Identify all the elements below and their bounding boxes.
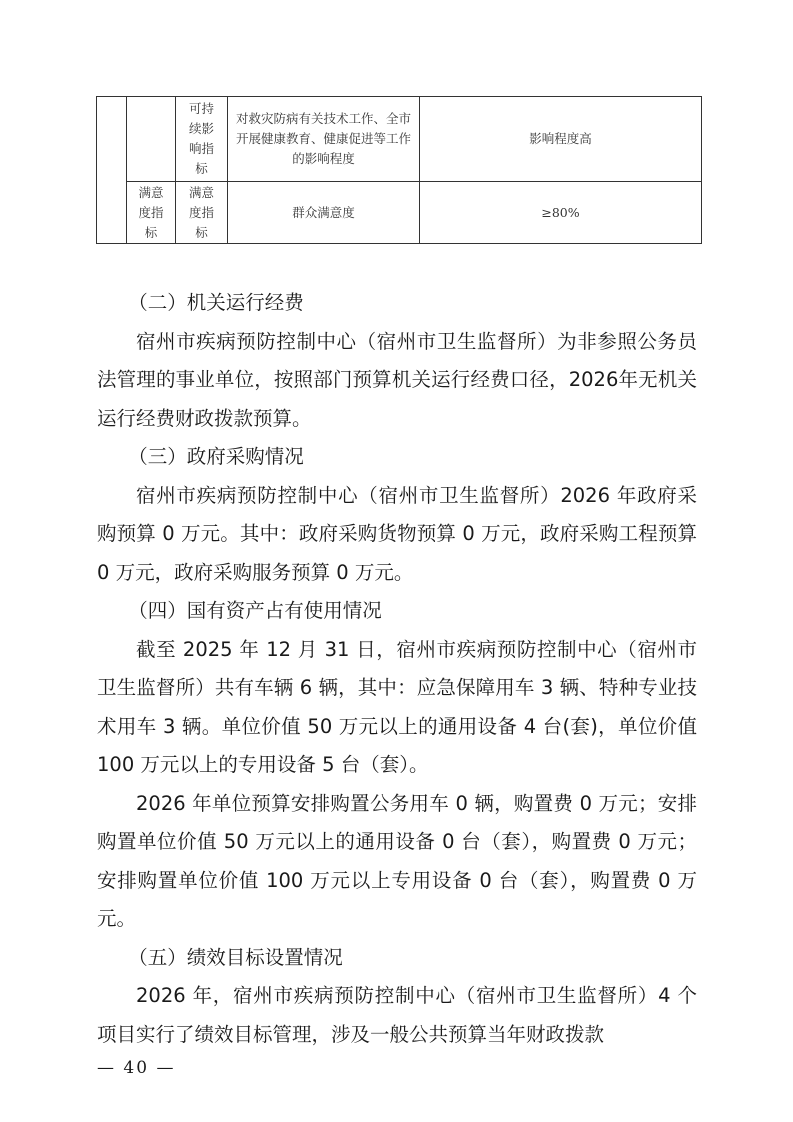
table-cell-target: ≥80% <box>420 182 702 244</box>
paragraph: 2026 年单位预算安排购置公务用车 0 辆，购置费 0 万元；安排购置单位价值… <box>97 785 697 939</box>
table-cell-indicator: 对救灾防病有关技术工作、全市开展健康教育、健康促进等工作的影响程度 <box>228 97 420 182</box>
paragraph: 截至 2025 年 12 月 31 日，宿州市疾病预防控制中心（宿州市卫生监督所… <box>97 631 697 785</box>
table-cell-target: 影响程度高 <box>420 97 702 182</box>
table-row: 可持续影响指标 对救灾防病有关技术工作、全市开展健康教育、健康促进等工作的影响程… <box>97 97 702 182</box>
section-heading-2: （二）机关运行经费 <box>97 284 697 323</box>
section-heading-5: （五）绩效目标设置情况 <box>97 939 697 978</box>
performance-indicator-table: 可持续影响指标 对救灾防病有关技术工作、全市开展健康教育、健康促进等工作的影响程… <box>96 96 702 244</box>
table-cell-indicator: 群众满意度 <box>228 182 420 244</box>
table-cell-level1 <box>97 97 127 244</box>
paragraph: 2026 年，宿州市疾病预防控制中心（宿州市卫生监督所）4 个项目实行了绩效目标… <box>97 977 697 1054</box>
paragraph: 宿州市疾病预防控制中心（宿州市卫生监督所）2026 年政府采购预算 0 万元。其… <box>97 477 697 593</box>
paragraph: 宿州市疾病预防控制中心（宿州市卫生监督所）为非参照公务员法管理的事业单位，按照部… <box>97 323 697 439</box>
body-text: （二）机关运行经费 宿州市疾病预防控制中心（宿州市卫生监督所）为非参照公务员法管… <box>97 284 697 1054</box>
table-cell-level3: 可持续影响指标 <box>176 97 228 182</box>
page-number: — 40 — <box>97 1058 175 1078</box>
section-heading-4: （四）国有资产占有使用情况 <box>97 592 697 631</box>
table-cell-level3: 满意度指标 <box>176 182 228 244</box>
table-row: 满意度指标 满意度指标 群众满意度 ≥80% <box>97 182 702 244</box>
table-cell-level2: 满意度指标 <box>127 182 176 244</box>
table-cell-level2 <box>127 97 176 182</box>
section-heading-3: （三）政府采购情况 <box>97 438 697 477</box>
